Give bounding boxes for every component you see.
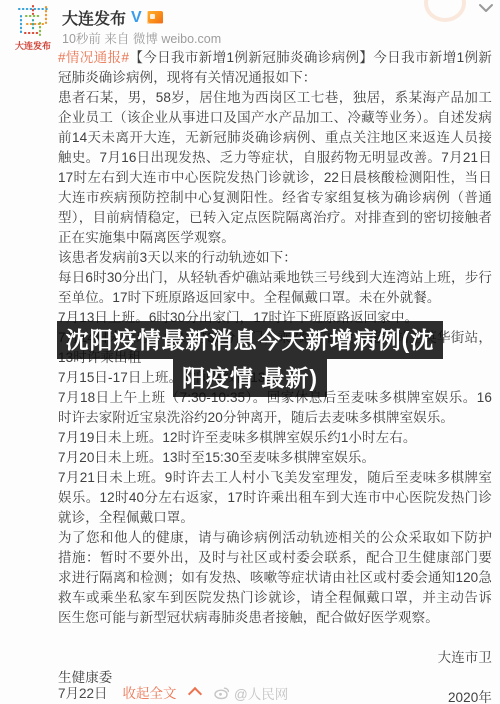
watermark-text: @人民网	[234, 683, 288, 703]
weibo-eye-icon	[213, 686, 230, 701]
source-link[interactable]: 微博 weibo.com	[133, 32, 221, 46]
source-prefix: 来自	[104, 32, 129, 46]
post-header: 大连发布 V	[62, 6, 163, 29]
paragraph: 该患者发病前3天以来的行动轨迹如下：	[58, 248, 492, 268]
overlay-line-2: 阳疫情 最新)	[173, 359, 327, 397]
overlay-line-1: 沈阳疫情最新消息今天新增病例(沈	[57, 321, 444, 359]
paragraph: 7月21日未上班。9时许去工人村小飞美发室理发，随后至麦味多棋牌室娱乐。12时4…	[58, 468, 492, 528]
avatar-caption: 大连发布	[7, 39, 59, 52]
paragraph: 7月19日未上班。12时许至麦味多棋牌室娱乐约1小时左右。	[58, 428, 492, 448]
post-meta: 10秒前 来自 微博 weibo.com	[62, 29, 221, 47]
member-badge-icon	[147, 11, 163, 24]
collapse-full-text-link[interactable]: 收起全文	[123, 682, 177, 702]
chevron-down-icon[interactable]	[477, 1, 495, 15]
faded-logo-fragment	[424, 0, 466, 22]
overlay-caption: 沈阳疫情最新消息今天新增病例(沈 阳疫情 最新)	[0, 321, 500, 397]
paragraph: 7月20日未上班。13时至15:30至麦味多棋牌室娱乐。	[58, 448, 492, 468]
paragraph: 每日6时30分出门，从轻轨香炉礁站乘地铁三号线到大连湾站上班，步行至单位。17时…	[58, 268, 492, 308]
post-footer: 7月22日 收起全文	[58, 682, 200, 702]
spacer	[58, 628, 492, 648]
signature-line: 大连市卫	[58, 648, 492, 668]
username[interactable]: 大连发布	[62, 6, 126, 29]
paragraph: 为了您和他人的健康，请与确诊病例活动轨迹相关的公众采取如下防护措施：暂时不要外出…	[58, 528, 492, 628]
paragraph: #情况通报#【今日我市新增1例新冠肺炎确诊病例】今日我市新增1例新冠肺炎确诊病例…	[58, 48, 492, 88]
hashtag-link[interactable]: #情况通报#	[58, 50, 129, 65]
timestamp: 10秒前	[62, 32, 101, 46]
post-date: 7月22日	[58, 682, 108, 702]
watermark: @人民网	[213, 683, 288, 703]
verified-badge-icon: V	[131, 9, 142, 27]
dalian-fabu-logo-icon	[13, 4, 53, 38]
paragraph: 患者石某，男，58岁，居住地为西岗区工七巷，独居，系某海产品加工企业员工（该企业…	[58, 88, 492, 248]
caret-up-icon[interactable]	[187, 687, 201, 701]
avatar[interactable]: 大连发布	[7, 4, 59, 52]
